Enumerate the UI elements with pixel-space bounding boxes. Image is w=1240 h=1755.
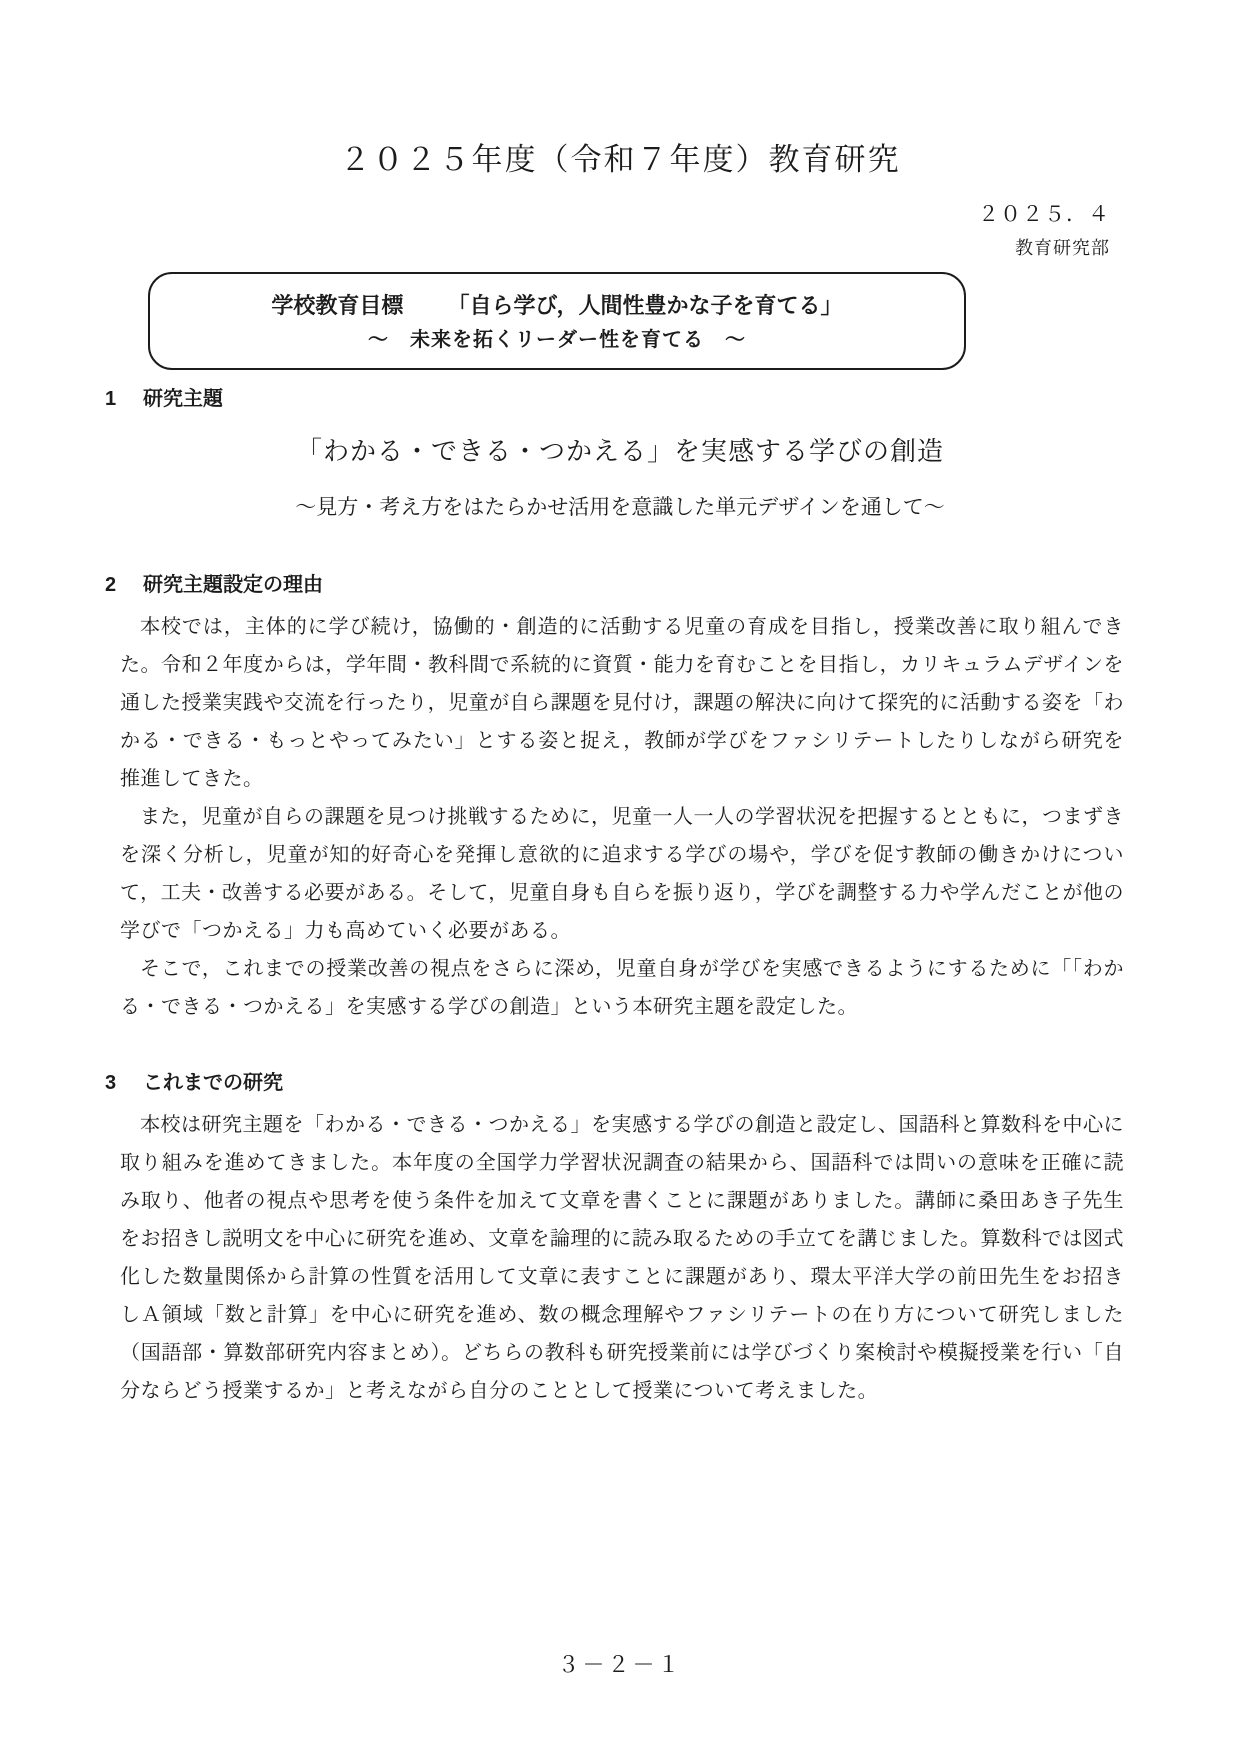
paragraph: また，児童が自らの課題を見つけ挑戦するために，児童一人一人の学習状況を把握すると… — [120, 798, 1124, 950]
section-1-heading: 研究主題 — [143, 386, 223, 412]
school-goal-heading: 学校教育目標 — [271, 293, 403, 318]
page-title: ２０２５年度（令和７年度）教育研究 — [115, 140, 1125, 180]
school-goal-quote: 「自ら学び，人間性豊かな子を育てる」 — [447, 293, 842, 318]
section-1-number: 1 — [105, 386, 143, 412]
section-2-heading-row: 2 研究主題設定の理由 — [105, 572, 1125, 598]
paragraph: 本校では，主体的に学び続け，協働的・創造的に活動する児童の育成を目指し，授業改善… — [120, 608, 1124, 798]
section-2-heading: 研究主題設定の理由 — [143, 572, 323, 598]
research-theme-subtitle: ～見方・考え方をはたらかせ活用を意識した単元デザインを通して～ — [115, 494, 1125, 522]
section-2-body: 本校では，主体的に学び続け，協働的・創造的に活動する児童の育成を目指し，授業改善… — [120, 608, 1124, 1026]
document-meta: ２０２５．４ 教育研究部 — [115, 202, 1110, 260]
school-goal-box: 学校教育目標「自ら学び，人間性豊かな子を育てる」 ～ 未来を拓くリーダー性を育て… — [148, 272, 966, 370]
school-goal-line: 学校教育目標「自ら学び，人間性豊かな子を育てる」 — [168, 289, 946, 322]
document-page: ２０２５年度（令和７年度）教育研究 ２０２５．４ 教育研究部 学校教育目標「自ら… — [0, 0, 1240, 1755]
department-name: 教育研究部 — [115, 236, 1110, 260]
research-theme-title: 「わかる・できる・つかえる」を実感する学びの創造 — [115, 434, 1125, 468]
section-1-heading-row: 1 研究主題 — [105, 386, 1125, 412]
issue-date: ２０２５．４ — [115, 202, 1110, 228]
section-3-body: 本校は研究主題を「わかる・できる・つかえる」を実感する学びの創造と設定し、国語科… — [120, 1106, 1124, 1410]
school-goal-subtitle: ～ 未来を拓くリーダー性を育てる ～ — [168, 325, 946, 355]
paragraph: そこで，これまでの授業改善の視点をさらに深め，児童自身が学びを実感できるようにす… — [120, 950, 1124, 1026]
paragraph: 本校は研究主題を「わかる・できる・つかえる」を実感する学びの創造と設定し、国語科… — [120, 1106, 1124, 1410]
section-3-heading-row: 3 これまでの研究 — [105, 1070, 1125, 1096]
section-3-number: 3 — [105, 1070, 143, 1096]
section-2-number: 2 — [105, 572, 143, 598]
section-3-heading: これまでの研究 — [143, 1070, 283, 1096]
page-number: ３－２－１ — [0, 1648, 1240, 1679]
